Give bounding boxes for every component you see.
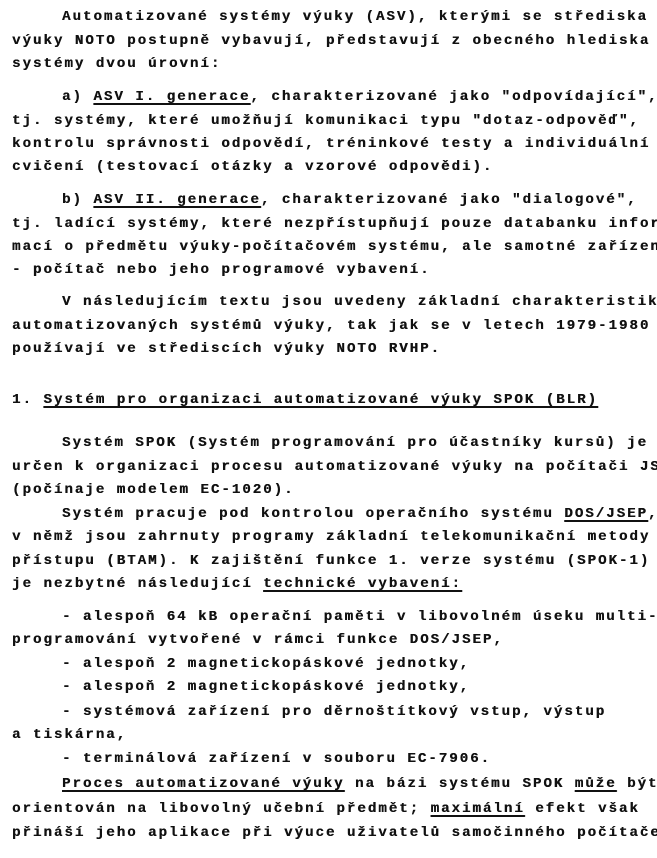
closing-line-2: orientován na libovolný učební předmět; … <box>12 800 640 818</box>
requirement-line-7: - terminálová zařízení v souboru EC-7906… <box>62 750 491 768</box>
intro-line-1: Automatizované systémy výuky (ASV), kter… <box>62 8 648 26</box>
closing-line-1: Proces automatizované výuky na bázi syst… <box>62 775 657 793</box>
requirement-line-6: a tiskárna, <box>12 726 127 744</box>
section-1-title: Systém pro organizaci automatizované výu… <box>43 392 598 408</box>
item-b-line-3: mací o předmětu výuky-počítačovém systém… <box>12 238 657 256</box>
section-1-heading: 1. Systém pro organizaci automatizované … <box>12 391 598 409</box>
item-b-rest: , charakterizované jako "dialogové", <box>261 192 638 208</box>
followup-line-1: V následujícím textu jsou uvedeny základ… <box>62 293 657 311</box>
closing-line-3: přináší jeho aplikace při výuce uživatel… <box>12 824 657 842</box>
item-b-line-4: - počítač nebo jeho programové vybavení. <box>12 261 431 279</box>
closing-line-2-suffix: efekt však <box>525 801 640 817</box>
os-line-2: v němž jsou zahrnuty programy základní t… <box>12 528 650 546</box>
closing-mid: na bázi systému SPOK <box>345 776 575 792</box>
closing-term-maximal: maximální <box>431 801 525 817</box>
spok-line-3: (počínaje modelem EC-1020). <box>12 481 295 499</box>
intro-line-2: výuky NOTO postupně vybavují, představuj… <box>12 32 650 50</box>
os-line-4-prefix: je nezbytné následující <box>12 576 263 592</box>
requirement-line-4: - alespoň 2 magnetickopáskové jednotky, <box>62 678 470 696</box>
technical-equipment-term: technické vybavení: <box>263 576 462 592</box>
requirement-line-5: - systémová zařízení pro děrnoštítkový v… <box>62 703 606 721</box>
item-a-line-3: kontrolu správnosti odpovědí, tréninkové… <box>12 135 650 153</box>
item-a-line-2: tj. systémy, které umožňují komunikaci t… <box>12 112 640 130</box>
os-line-4: je nezbytné následující technické vybave… <box>12 575 462 593</box>
closing-line-2-prefix: orientován na libovolný učební předmět; <box>12 801 431 817</box>
item-a-term: ASV I. generace <box>93 89 250 105</box>
item-b-line-1: b) ASV II. generace, charakterizované ja… <box>62 191 638 209</box>
section-1-number: 1. <box>12 392 43 408</box>
requirement-line-1: - alespoň 64 kB operační paměti v libovo… <box>62 608 657 626</box>
followup-line-2: automatizovaných systémů výuky, tak jak … <box>12 317 650 335</box>
intro-line-3: systémy dvou úrovní: <box>12 55 221 73</box>
os-line-1-prefix: Systém pracuje pod kontrolou operačního … <box>62 506 564 522</box>
followup-line-3: používají ve střediscích výuky NOTO RVHP… <box>12 340 441 358</box>
item-a-line-1: a) ASV I. generace, charakterizované jak… <box>62 88 657 106</box>
os-name-dos-jsep: DOS/JSEP <box>564 506 648 522</box>
spok-line-1: Systém SPOK (Systém programování pro úča… <box>62 434 648 452</box>
os-line-3: přístupu (BTAM). K zajištění funkce 1. v… <box>12 552 650 570</box>
spok-line-2: určen k organizaci procesu automatizovan… <box>12 458 657 476</box>
item-a-prefix: a) <box>62 89 93 105</box>
item-b-prefix: b) <box>62 192 93 208</box>
scanned-document-page: Automatizované systémy výuky (ASV), kter… <box>0 0 657 858</box>
requirement-line-3: - alespoň 2 magnetickopáskové jednotky, <box>62 655 470 673</box>
closing-term-process: Proces automatizované výuky <box>62 776 345 792</box>
closing-end: být <box>617 776 657 792</box>
closing-term-can: může <box>575 776 617 792</box>
item-a-line-4: cvičení (testovací otázky a vzorové odpo… <box>12 158 493 176</box>
item-b-line-2: tj. ladící systémy, které nezpřístupňují… <box>12 215 657 233</box>
item-b-term: ASV II. generace <box>93 192 260 208</box>
os-line-1-suffix: , <box>648 506 657 522</box>
item-a-rest: , charakterizované jako "odpovídající", <box>250 89 657 105</box>
requirement-line-2: programování vytvořené v rámci funkce DO… <box>12 631 504 649</box>
os-line-1: Systém pracuje pod kontrolou operačního … <box>62 505 657 523</box>
